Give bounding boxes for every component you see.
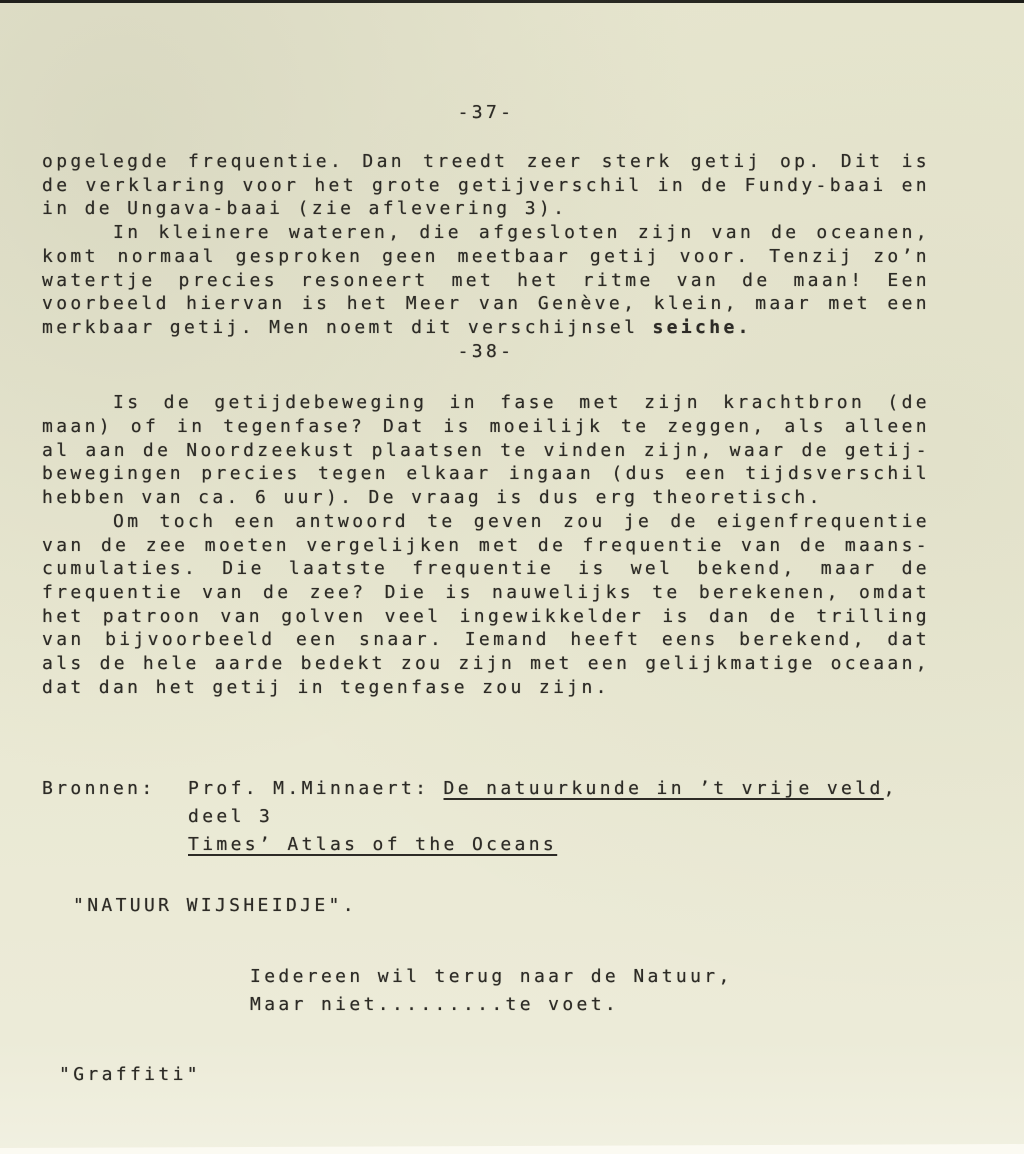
quote-line: Maar niet.........te voet.	[250, 991, 733, 1019]
paragraph-2: In kleinere wateren, die afgesloten zijn…	[42, 221, 930, 340]
natuur-heading: "NATUUR WIJSHEIDJE".	[73, 894, 357, 918]
text-line: in de Ungava-baai (zie aflevering 3).	[42, 197, 930, 221]
paragraph-1: opgelegde frequentie. Dan treedt zeer st…	[42, 150, 930, 221]
paragraph-4: Om toch een antwoord te geven zou je de …	[42, 510, 930, 700]
source-title-1: De natuurkunde in ’t vrije veld	[444, 778, 884, 799]
quote-line: Iedereen wil terug naar de Natuur,	[250, 963, 733, 991]
text-line: voorbeeld hiervan is het Meer van Genève…	[42, 292, 930, 316]
sources-block: Bronnen: Prof. M.Minnaert: De natuurkund…	[42, 775, 930, 859]
scanned-document-page: -37- opgelegde frequentie. Dan treedt ze…	[0, 0, 1024, 1154]
source-line-1: Prof. M.Minnaert: De natuurkunde in ’t v…	[188, 775, 930, 803]
text-line: watertje precies resoneert met het ritme…	[42, 269, 930, 293]
text-line: bewegingen precies tegen elkaar ingaan (…	[42, 462, 930, 486]
seiche-term: seiche.	[652, 317, 751, 338]
page-number-37: -37-	[42, 101, 930, 125]
text-line: van bijvoorbeeld een snaar. Iemand heeft…	[42, 628, 930, 652]
source-title-2: Times’ Atlas of the Oceans	[188, 834, 557, 855]
text-segment: merkbaar getij. Men noemt dit verschijns…	[42, 317, 652, 338]
text-line: maan) of in tegenfase? Dat is moeilijk t…	[42, 415, 930, 439]
graffiti-label: "Graffiti"	[59, 1063, 201, 1087]
text-line: als de hele aarde bedekt zou zijn met ee…	[42, 652, 930, 676]
paragraph-3: Is de getijdebeweging in fase met zijn k…	[42, 391, 930, 510]
scan-bottom-edge	[0, 1144, 1024, 1154]
source-author: Prof. M.Minnaert:	[188, 778, 444, 799]
text-line: de verklaring voor het grote getijversch…	[42, 174, 930, 198]
page-number-38: -38-	[42, 340, 930, 364]
text-line: van de zee moeten vergelijken met de fre…	[42, 534, 930, 558]
quote-block: Iedereen wil terug naar de Natuur, Maar …	[250, 963, 733, 1019]
body-text: opgelegde frequentie. Dan treedt zeer st…	[42, 150, 930, 699]
section-gap	[42, 363, 930, 391]
text-line: hebben van ca. 6 uur). De vraag is dus e…	[42, 486, 930, 510]
source-line-3: Times’ Atlas of the Oceans	[188, 831, 930, 859]
text-line: het patroon van golven veel ingewikkelde…	[42, 605, 930, 629]
source-line-2: deel 3	[188, 803, 930, 831]
text-line: cumulaties. Die laatste frequentie is we…	[42, 557, 930, 581]
text-line: Om toch een antwoord te geven zou je de …	[42, 510, 930, 534]
text-line: opgelegde frequentie. Dan treedt zeer st…	[42, 150, 930, 174]
text-line: In kleinere wateren, die afgesloten zijn…	[42, 221, 930, 245]
text-line: frequentie van de zee? Die is nauwelijks…	[42, 581, 930, 605]
sources-label: Bronnen:	[42, 775, 188, 859]
text-line: merkbaar getij. Men noemt dit verschijns…	[42, 316, 930, 340]
sources-list: Prof. M.Minnaert: De natuurkunde in ’t v…	[188, 775, 930, 859]
text-line: dat dan het getij in tegenfase zou zijn.	[42, 676, 930, 700]
source-comma: ,	[884, 778, 898, 799]
text-line: Is de getijdebeweging in fase met zijn k…	[42, 391, 930, 415]
scan-top-edge	[0, 0, 1024, 3]
text-line: al aan de Noordzeekust plaatsen te vinde…	[42, 439, 930, 463]
text-line: komt normaal gesproken geen meetbaar get…	[42, 245, 930, 269]
